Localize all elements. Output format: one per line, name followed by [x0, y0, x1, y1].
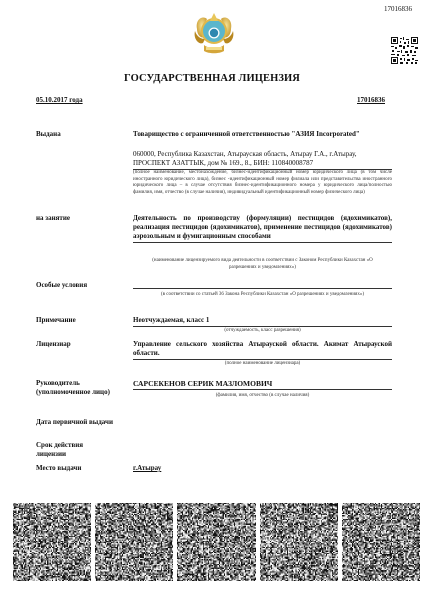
remark-note: (отчуждаемость, класс разрешения) — [133, 328, 392, 335]
special-conditions-label: Особые условия — [36, 281, 87, 290]
validity-label-line1: Срок действия — [36, 441, 83, 450]
head-value: САРСЕКЕНОВ СЕРИК МАЗЛОМОВИЧ — [133, 379, 392, 390]
special-conditions-note: (в соответствии со статьей 36 Закона Рес… — [133, 292, 392, 299]
head-label-line2: (уполномоченное лицо) — [36, 388, 110, 397]
activity-label: на занятие — [36, 214, 70, 223]
first-issue-label: Дата первичной выдачи — [36, 418, 113, 427]
doc-number-top: 17016836 — [384, 5, 412, 13]
qr-code-icon — [260, 503, 338, 581]
validity-label: Срок действия лицензии — [36, 441, 83, 459]
place-value: г.Атырау — [133, 464, 392, 473]
kazakhstan-state-emblem-icon — [191, 9, 237, 57]
issue-date: 05.10.2017 года — [36, 96, 83, 104]
place-label: Место выдачи — [36, 464, 81, 473]
special-conditions-line — [133, 288, 392, 289]
validity-label-line2: лицензии — [36, 450, 83, 459]
qr-code-icon — [342, 503, 420, 581]
head-label-line1: Руководитель — [36, 379, 110, 388]
qr-code-icon — [391, 37, 418, 64]
issued-to-note: (полное наименование, местонахождение, б… — [133, 170, 392, 196]
license-number: 17016836 — [357, 96, 385, 104]
licensor-value: Управление сельского хозяйства Атырауско… — [133, 340, 392, 360]
licensor-note: (полное наименование лицензиара) — [133, 361, 392, 368]
issued-to-label: Выдана — [36, 130, 61, 139]
page-title: ГОСУДАРСТВЕННАЯ ЛИЦЕНЗИЯ — [0, 73, 424, 84]
qr-code-icon — [95, 503, 173, 581]
issued-to-name: Товарищество с ограниченной ответственно… — [133, 130, 392, 139]
head-label: Руководитель (уполномоченное лицо) — [36, 379, 110, 397]
qr-code-icon — [177, 503, 255, 581]
qr-code-icon — [13, 503, 91, 581]
issued-to-address: 060000, Республика Казахстан, Атырауская… — [133, 150, 392, 170]
footer-qr-codes — [13, 503, 420, 581]
remark-label: Примечание — [36, 316, 76, 325]
activity-value: Деятельность по производству (формуляции… — [133, 214, 392, 243]
head-note: (фамилия, имя, отчество (в случае наличи… — [133, 393, 392, 400]
licensor-label: Лицензиар — [36, 340, 71, 349]
remark-value: Неотчуждаемая, класс 1 — [133, 316, 392, 327]
activity-note: (наименование лицензируемого вида деятел… — [133, 258, 392, 271]
